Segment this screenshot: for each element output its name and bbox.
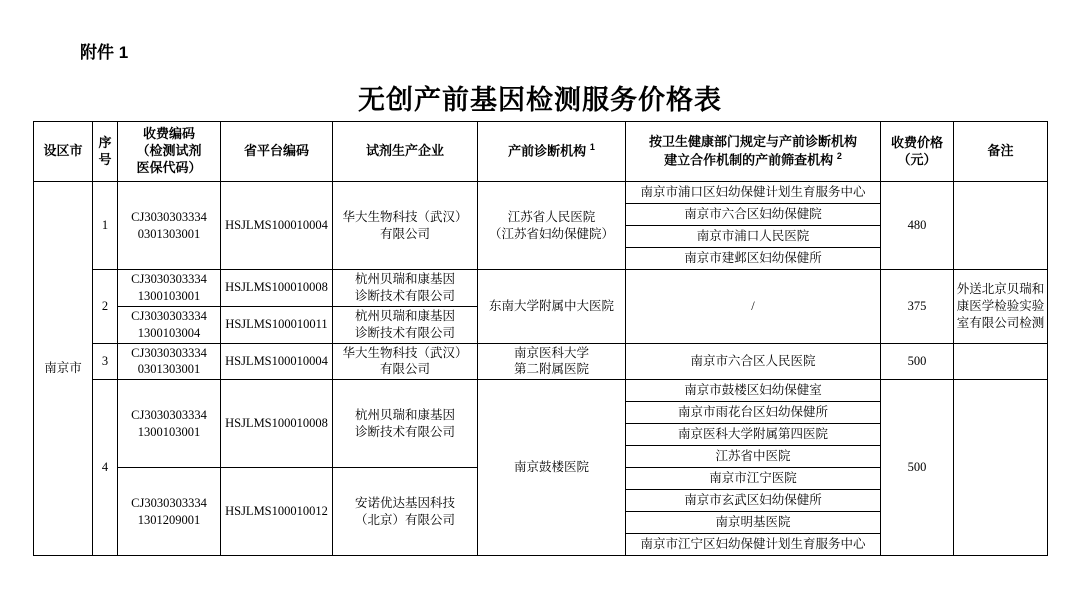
cell-seq: 1 (93, 182, 118, 270)
cell-platform-code: HSJLMS100010011 (221, 306, 333, 343)
cell-price: 375 (881, 270, 954, 344)
header-remark: 备注 (954, 122, 1048, 182)
cell-screening-org: 南京市六合区人民医院 (626, 343, 881, 380)
cell-screening-org: 南京市雨花台区妇幼保健所 (626, 402, 881, 424)
cell-screening-org: / (626, 270, 881, 344)
cell-remark (954, 380, 1048, 556)
price-table: 设区市 序号 收费编码 （检测试剂 医保代码） 省平台编码 试剂生产企业 产前诊… (33, 121, 1048, 556)
cell-price: 500 (881, 380, 954, 556)
cell-diagnosis-org: 江苏省人民医院 （江苏省妇幼保健院） (478, 182, 626, 270)
header-fee-code: 收费编码 （检测试剂 医保代码） (118, 122, 221, 182)
cell-seq: 2 (93, 270, 118, 344)
cell-screening-org: 南京市鼓楼区妇幼保健室 (626, 380, 881, 402)
cell-fee-code: CJ3030303334 0301303001 (118, 343, 221, 380)
cell-remark (954, 343, 1048, 380)
cell-screening-org: 南京医科大学附属第四医院 (626, 424, 881, 446)
page-title: 无创产前基因检测服务价格表 (0, 78, 1080, 117)
cell-platform-code: HSJLMS100010012 (221, 468, 333, 556)
cell-screening-org: 南京市六合区妇幼保健院 (626, 204, 881, 226)
cell-screening-org: 南京市江宁区妇幼保健计划生育服务中心 (626, 534, 881, 556)
cell-screening-org: 江苏省中医院 (626, 446, 881, 468)
cell-platform-code: HSJLMS100010008 (221, 380, 333, 468)
cell-price: 500 (881, 343, 954, 380)
cell-screening-org: 南京明基医院 (626, 512, 881, 534)
table-header-row: 设区市 序号 收费编码 （检测试剂 医保代码） 省平台编码 试剂生产企业 产前诊… (34, 122, 1048, 182)
cell-screening-org: 南京市浦口区妇幼保健计划生育服务中心 (626, 182, 881, 204)
header-manufacturer: 试剂生产企业 (333, 122, 478, 182)
cell-price: 480 (881, 182, 954, 270)
table-row: 3 CJ3030303334 0301303001 HSJLMS10001000… (34, 343, 1048, 380)
cell-manufacturer: 华大生物科技（武汉） 有限公司 (333, 182, 478, 270)
cell-screening-org: 南京市浦口人民医院 (626, 226, 881, 248)
cell-manufacturer: 安诺优达基因科技 （北京）有限公司 (333, 468, 478, 556)
cell-fee-code: CJ3030303334 1300103001 (118, 270, 221, 307)
cell-fee-code: CJ3030303334 1300103001 (118, 380, 221, 468)
footnote-marker-1: 1 (590, 142, 595, 152)
cell-seq: 3 (93, 343, 118, 380)
header-diagnosis-org: 产前诊断机构 1 (478, 122, 626, 182)
table-row: 南京市 1 CJ3030303334 0301303001 HSJLMS1000… (34, 182, 1048, 204)
header-platform-code: 省平台编码 (221, 122, 333, 182)
cell-screening-org: 南京市建邺区妇幼保健所 (626, 248, 881, 270)
cell-diagnosis-org: 东南大学附属中大医院 (478, 270, 626, 344)
attachment-label: 附件 1 (80, 38, 128, 63)
cell-fee-code: CJ3030303334 0301303001 (118, 182, 221, 270)
table-row: 4 CJ3030303334 1300103001 HSJLMS10001000… (34, 380, 1048, 402)
footnote-marker-2: 2 (837, 151, 842, 161)
cell-seq: 4 (93, 380, 118, 556)
cell-manufacturer: 杭州贝瑞和康基因 诊断技术有限公司 (333, 306, 478, 343)
cell-manufacturer: 杭州贝瑞和康基因 诊断技术有限公司 (333, 380, 478, 468)
cell-platform-code: HSJLMS100010004 (221, 343, 333, 380)
header-city: 设区市 (34, 122, 93, 182)
cell-city: 南京市 (34, 182, 93, 556)
cell-fee-code: CJ3030303334 1300103004 (118, 306, 221, 343)
cell-platform-code: HSJLMS100010004 (221, 182, 333, 270)
header-seq: 序号 (93, 122, 118, 182)
cell-manufacturer: 华大生物科技（武汉） 有限公司 (333, 343, 478, 380)
table-row: 2 CJ3030303334 1300103001 HSJLMS10001000… (34, 270, 1048, 307)
cell-screening-org: 南京市江宁医院 (626, 468, 881, 490)
cell-screening-org: 南京市玄武区妇幼保健所 (626, 490, 881, 512)
cell-remark (954, 182, 1048, 270)
cell-fee-code: CJ3030303334 1301209001 (118, 468, 221, 556)
cell-diagnosis-org: 南京医科大学 第二附属医院 (478, 343, 626, 380)
cell-manufacturer: 杭州贝瑞和康基因 诊断技术有限公司 (333, 270, 478, 307)
document-page: 附件 1 无创产前基因检测服务价格表 设区市 序号 收费编码 （检测试剂 医保代… (0, 0, 1080, 609)
cell-diagnosis-org: 南京鼓楼医院 (478, 380, 626, 556)
cell-remark: 外送北京贝瑞和康医学检验实验室有限公司检测 (954, 270, 1048, 344)
header-price: 收费价格 （元） (881, 122, 954, 182)
header-screening-org: 按卫生健康部门规定与产前诊断机构 建立合作机制的产前筛查机构 2 (626, 122, 881, 182)
cell-platform-code: HSJLMS100010008 (221, 270, 333, 307)
